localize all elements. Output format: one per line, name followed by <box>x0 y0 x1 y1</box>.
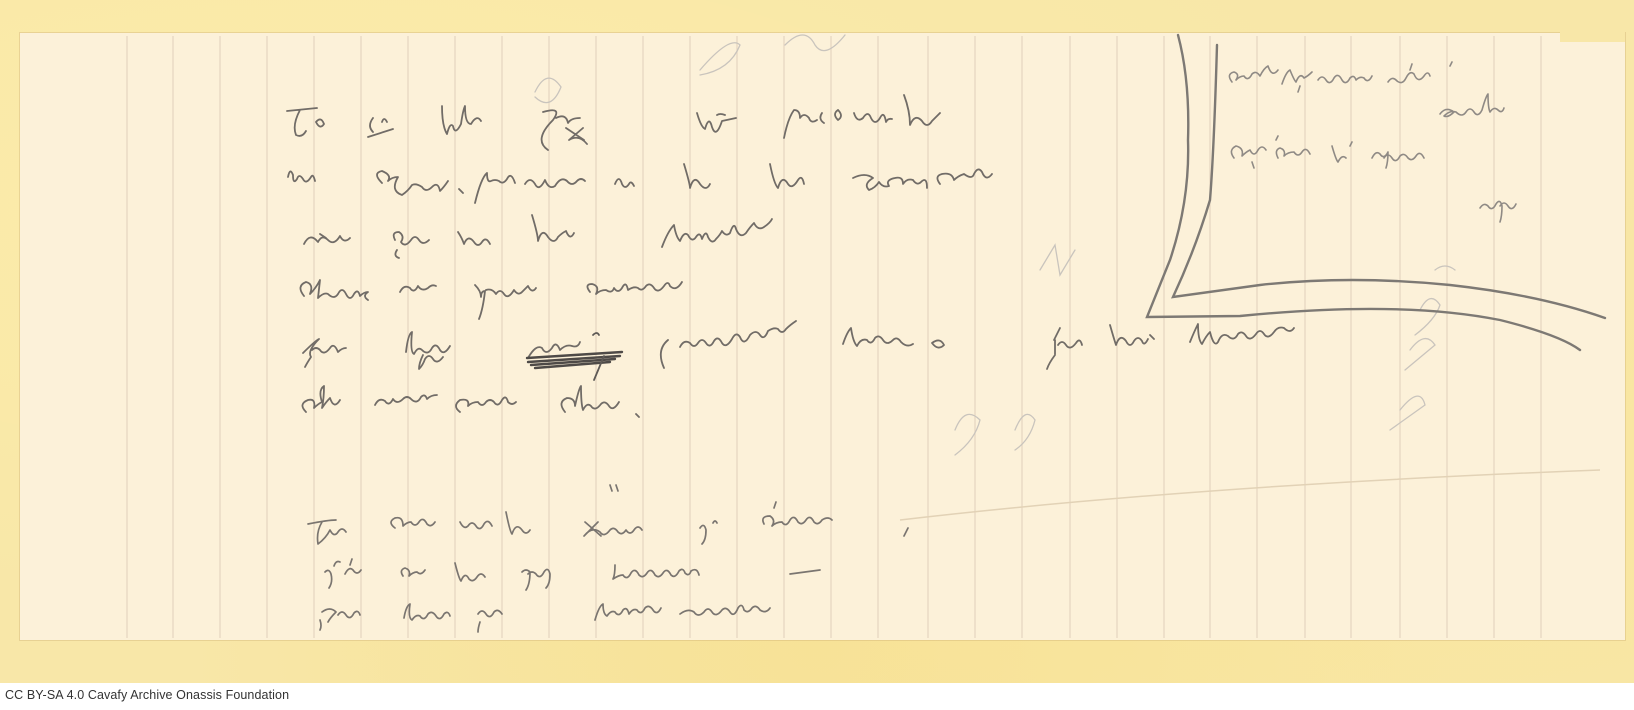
handwritten-line-2 <box>288 164 992 203</box>
strike-through-mark <box>527 352 622 368</box>
handwritten-line-1 <box>287 95 940 150</box>
faint-pencil-marks <box>535 35 1455 455</box>
handwritten-line-8 <box>325 559 820 590</box>
fold-crease <box>900 470 1600 520</box>
margin-note-line-3 <box>1231 136 1424 168</box>
main-text-stanza-1 <box>287 95 1294 417</box>
ruled-lines <box>127 36 1541 638</box>
license-caption: CC BY-SA 4.0 Cavafy Archive Onassis Foun… <box>5 688 289 706</box>
main-text-stanza-2 <box>308 485 908 632</box>
margin-note-line-1 <box>1229 62 1452 92</box>
handwritten-line-4 <box>300 280 682 319</box>
handwritten-line-9 <box>320 604 770 632</box>
handwritten-line-7 <box>308 485 908 544</box>
handwritten-line-5 <box>303 332 450 369</box>
handwritten-line-6 <box>302 386 639 417</box>
margin-bracket <box>1147 35 1605 350</box>
handwritten-line-3 <box>304 215 772 258</box>
handwritten-line-5-cont <box>661 321 944 368</box>
margin-note-line-4 <box>1480 201 1516 222</box>
margin-note-text <box>1229 62 1516 222</box>
manuscript-ink-layer <box>0 0 1634 683</box>
